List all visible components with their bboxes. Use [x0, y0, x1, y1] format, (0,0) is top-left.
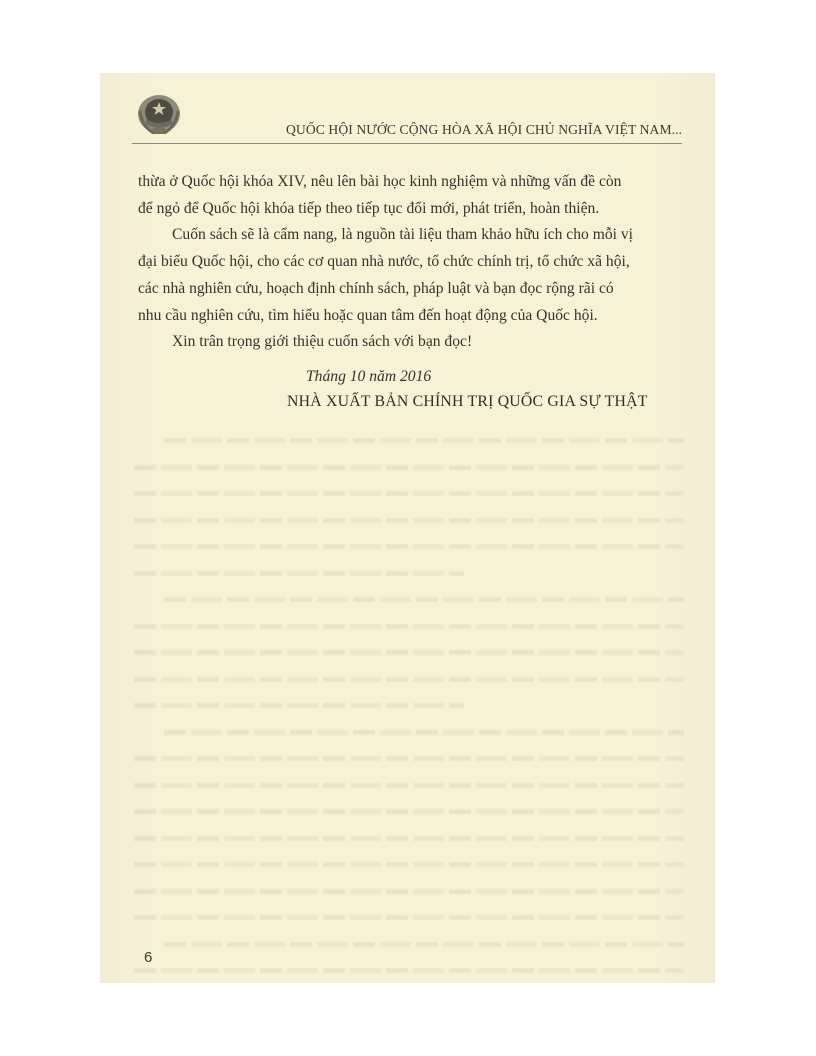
- page-number: 6: [144, 949, 152, 966]
- header-rule: [132, 143, 682, 144]
- text-line: để ngỏ để Quốc hội khóa tiếp theo tiếp t…: [138, 196, 682, 223]
- text-line: các nhà nghiên cứu, hoạch định chính sác…: [138, 276, 682, 303]
- text-line: nhu cầu nghiên cứu, tìm hiểu hoặc quan t…: [138, 303, 682, 330]
- paragraph-1: thừa ở Quốc hội khóa XIV, nêu lên bài họ…: [138, 169, 682, 222]
- text-line: Cuốn sách sẽ là cẩm nang, là nguồn tài l…: [138, 222, 682, 249]
- signature-publisher: NHÀ XUẤT BẢN CHÍNH TRỊ QUỐC GIA SỰ THẬT: [287, 393, 648, 411]
- body-text: thừa ở Quốc hội khóa XIV, nêu lên bài họ…: [138, 169, 682, 356]
- paragraph-2: Cuốn sách sẽ là cẩm nang, là nguồn tài l…: [138, 222, 682, 329]
- show-through-texture: [134, 438, 684, 995]
- text-line: Xin trân trọng giới thiệu cuốn sách với …: [138, 329, 682, 356]
- signature-date: Tháng 10 năm 2016: [306, 368, 431, 386]
- vietnam-national-emblem-icon: [136, 93, 182, 137]
- book-page: QUỐC HỘI NƯỚC CỘNG HÒA XÃ HỘI CHỦ NGHĨA …: [100, 73, 715, 983]
- running-header: QUỐC HỘI NƯỚC CỘNG HÒA XÃ HỘI CHỦ NGHĨA …: [286, 122, 682, 138]
- text-line: thừa ở Quốc hội khóa XIV, nêu lên bài họ…: [138, 169, 682, 196]
- text-line: đại biểu Quốc hội, cho các cơ quan nhà n…: [138, 249, 682, 276]
- paragraph-3: Xin trân trọng giới thiệu cuốn sách với …: [138, 329, 682, 356]
